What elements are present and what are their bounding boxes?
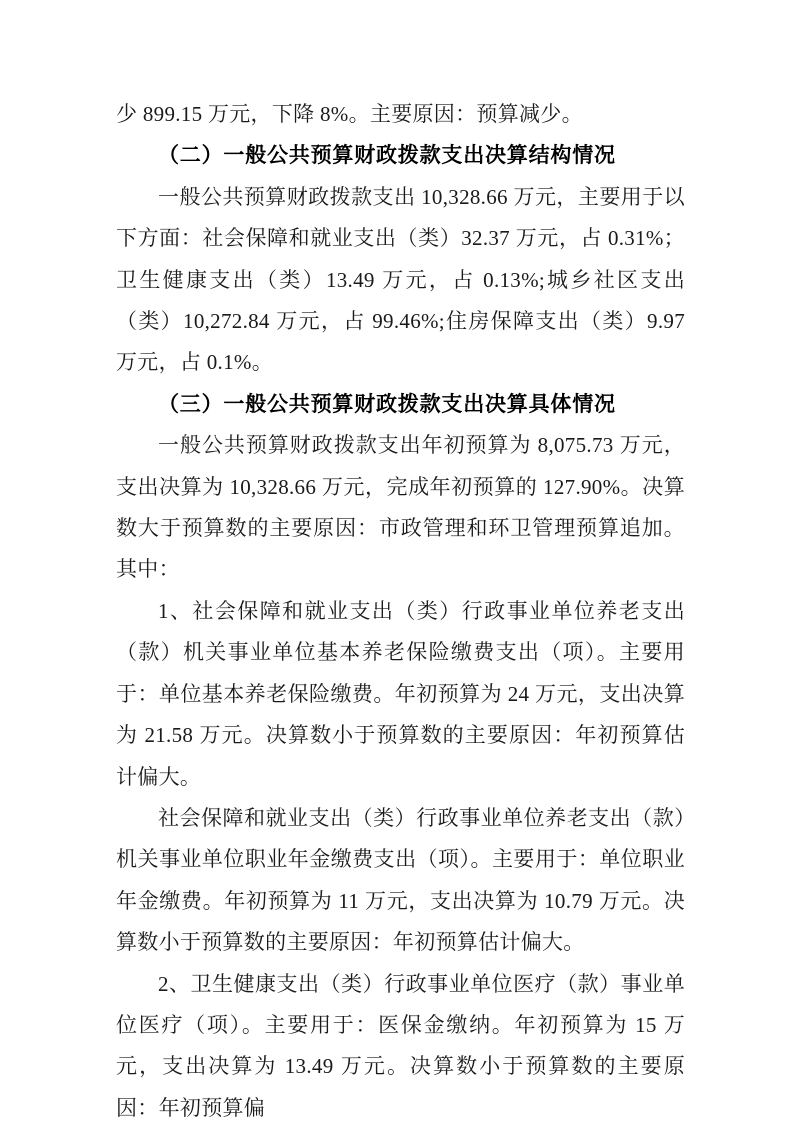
paragraph-item-2-health: 2、卫生健康支出（类）行政事业单位医疗（款）事业单位医疗（项）。主要用于：医保金… — [116, 964, 685, 1122]
section-heading-3: （三）一般公共预算财政拨款支出决算具体情况 — [116, 384, 685, 425]
paragraph-item-1-annuity: 社会保障和就业支出（类）行政事业单位养老支出（款）机关事业单位职业年金缴费支出（… — [116, 798, 685, 964]
section-heading-2: （二）一般公共预算财政拨款支出决算结构情况 — [116, 135, 685, 176]
paragraph-continuation: 少 899.15 万元，下降 8%。主要原因：预算减少。 — [116, 94, 685, 135]
paragraph-item-1-pension: 1、社会保障和就业支出（类）行政事业单位养老支出（款）机关事业单位基本养老保险缴… — [116, 591, 685, 798]
document-page: 少 899.15 万元，下降 8%。主要原因：预算减少。 （二）一般公共预算财政… — [0, 0, 793, 1122]
paragraph-expenditure-structure: 一般公共预算财政拨款支出 10,328.66 万元，主要用于以下方面：社会保障和… — [116, 177, 685, 384]
document-body: 少 899.15 万元，下降 8%。主要原因：预算减少。 （二）一般公共预算财政… — [116, 94, 685, 1122]
paragraph-expenditure-overview: 一般公共预算财政拨款支出年初预算为 8,075.73 万元，支出决算为 10,3… — [116, 425, 685, 591]
